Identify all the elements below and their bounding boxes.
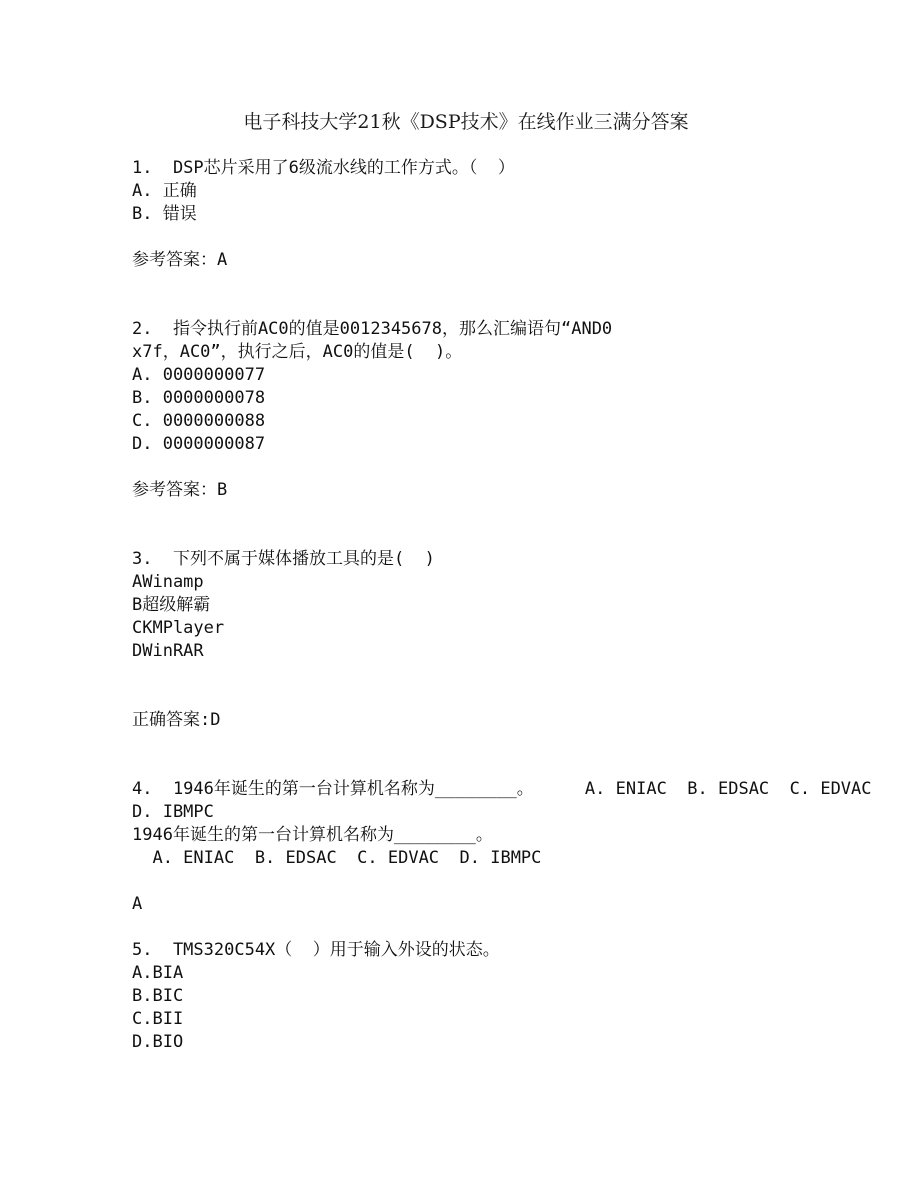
document-line: 参考答案：B bbox=[132, 479, 800, 502]
page-title: 电子科技大学21秋《DSP技术》在线作业三满分答案 bbox=[132, 111, 800, 134]
document-line: D. IBMPC bbox=[132, 801, 800, 824]
answer-2: 参考答案：B bbox=[132, 479, 800, 502]
question-1: 1. DSP芯片采用了6级流水线的工作方式。（ ）A. 正确B. 错误 bbox=[132, 157, 800, 226]
document-line: B. 0000000078 bbox=[132, 387, 800, 410]
document-line: A. 0000000077 bbox=[132, 364, 800, 387]
document-line: 4. 1946年诞生的第一台计算机名称为________。 A. ENIAC B… bbox=[132, 778, 800, 801]
document-line: CKMPlayer bbox=[132, 617, 800, 640]
document-line: B超级解霸 bbox=[132, 594, 800, 617]
document-line: A bbox=[132, 893, 800, 916]
document-line: 2. 指令执行前AC0的值是0012345678，那么汇编语句“AND0 bbox=[132, 318, 800, 341]
question-2: 2. 指令执行前AC0的值是0012345678，那么汇编语句“AND0x7f，… bbox=[132, 318, 800, 456]
question-4: 4. 1946年诞生的第一台计算机名称为________。 A. ENIAC B… bbox=[132, 778, 800, 870]
document-line: C.BII bbox=[132, 1008, 800, 1031]
document-line: C. 0000000088 bbox=[132, 410, 800, 433]
document-line: x7f，AC0”，执行之后，AC0的值是( )。 bbox=[132, 341, 800, 364]
answer-1: 参考答案：A bbox=[132, 249, 800, 272]
document-line: 5. TMS320C54X（ ）用于输入外设的状态。 bbox=[132, 939, 800, 962]
document-line: A. 正确 bbox=[132, 180, 800, 203]
document-line: 1946年诞生的第一台计算机名称为________。 bbox=[132, 824, 800, 847]
question-3: 3. 下列不属于媒体播放工具的是( )AWinampB超级解霸CKMPlayer… bbox=[132, 548, 800, 663]
document-line: DWinRAR bbox=[132, 640, 800, 663]
document-line: D.BIO bbox=[132, 1031, 800, 1054]
document-line: A.BIA bbox=[132, 962, 800, 985]
document-line: AWinamp bbox=[132, 571, 800, 594]
document-line: 3. 下列不属于媒体播放工具的是( ) bbox=[132, 548, 800, 571]
document-line: 1. DSP芯片采用了6级流水线的工作方式。（ ） bbox=[132, 157, 800, 180]
answer-4: A bbox=[132, 893, 800, 916]
document-line: B.BIC bbox=[132, 985, 800, 1008]
document-line: 参考答案：A bbox=[132, 249, 800, 272]
document-line: D. 0000000087 bbox=[132, 433, 800, 456]
document-line: A. ENIAC B. EDSAC C. EDVAC D. IBMPC bbox=[132, 847, 800, 870]
question-5: 5. TMS320C54X（ ）用于输入外设的状态。A.BIAB.BICC.BI… bbox=[132, 939, 800, 1054]
document-body: 1. DSP芯片采用了6级流水线的工作方式。（ ）A. 正确B. 错误参考答案：… bbox=[132, 157, 800, 1054]
document-page: 电子科技大学21秋《DSP技术》在线作业三满分答案 1. DSP芯片采用了6级流… bbox=[132, 111, 800, 1054]
document-line: 正确答案:D bbox=[132, 709, 800, 732]
document-line: B. 错误 bbox=[132, 203, 800, 226]
answer-3: 正确答案:D bbox=[132, 709, 800, 732]
